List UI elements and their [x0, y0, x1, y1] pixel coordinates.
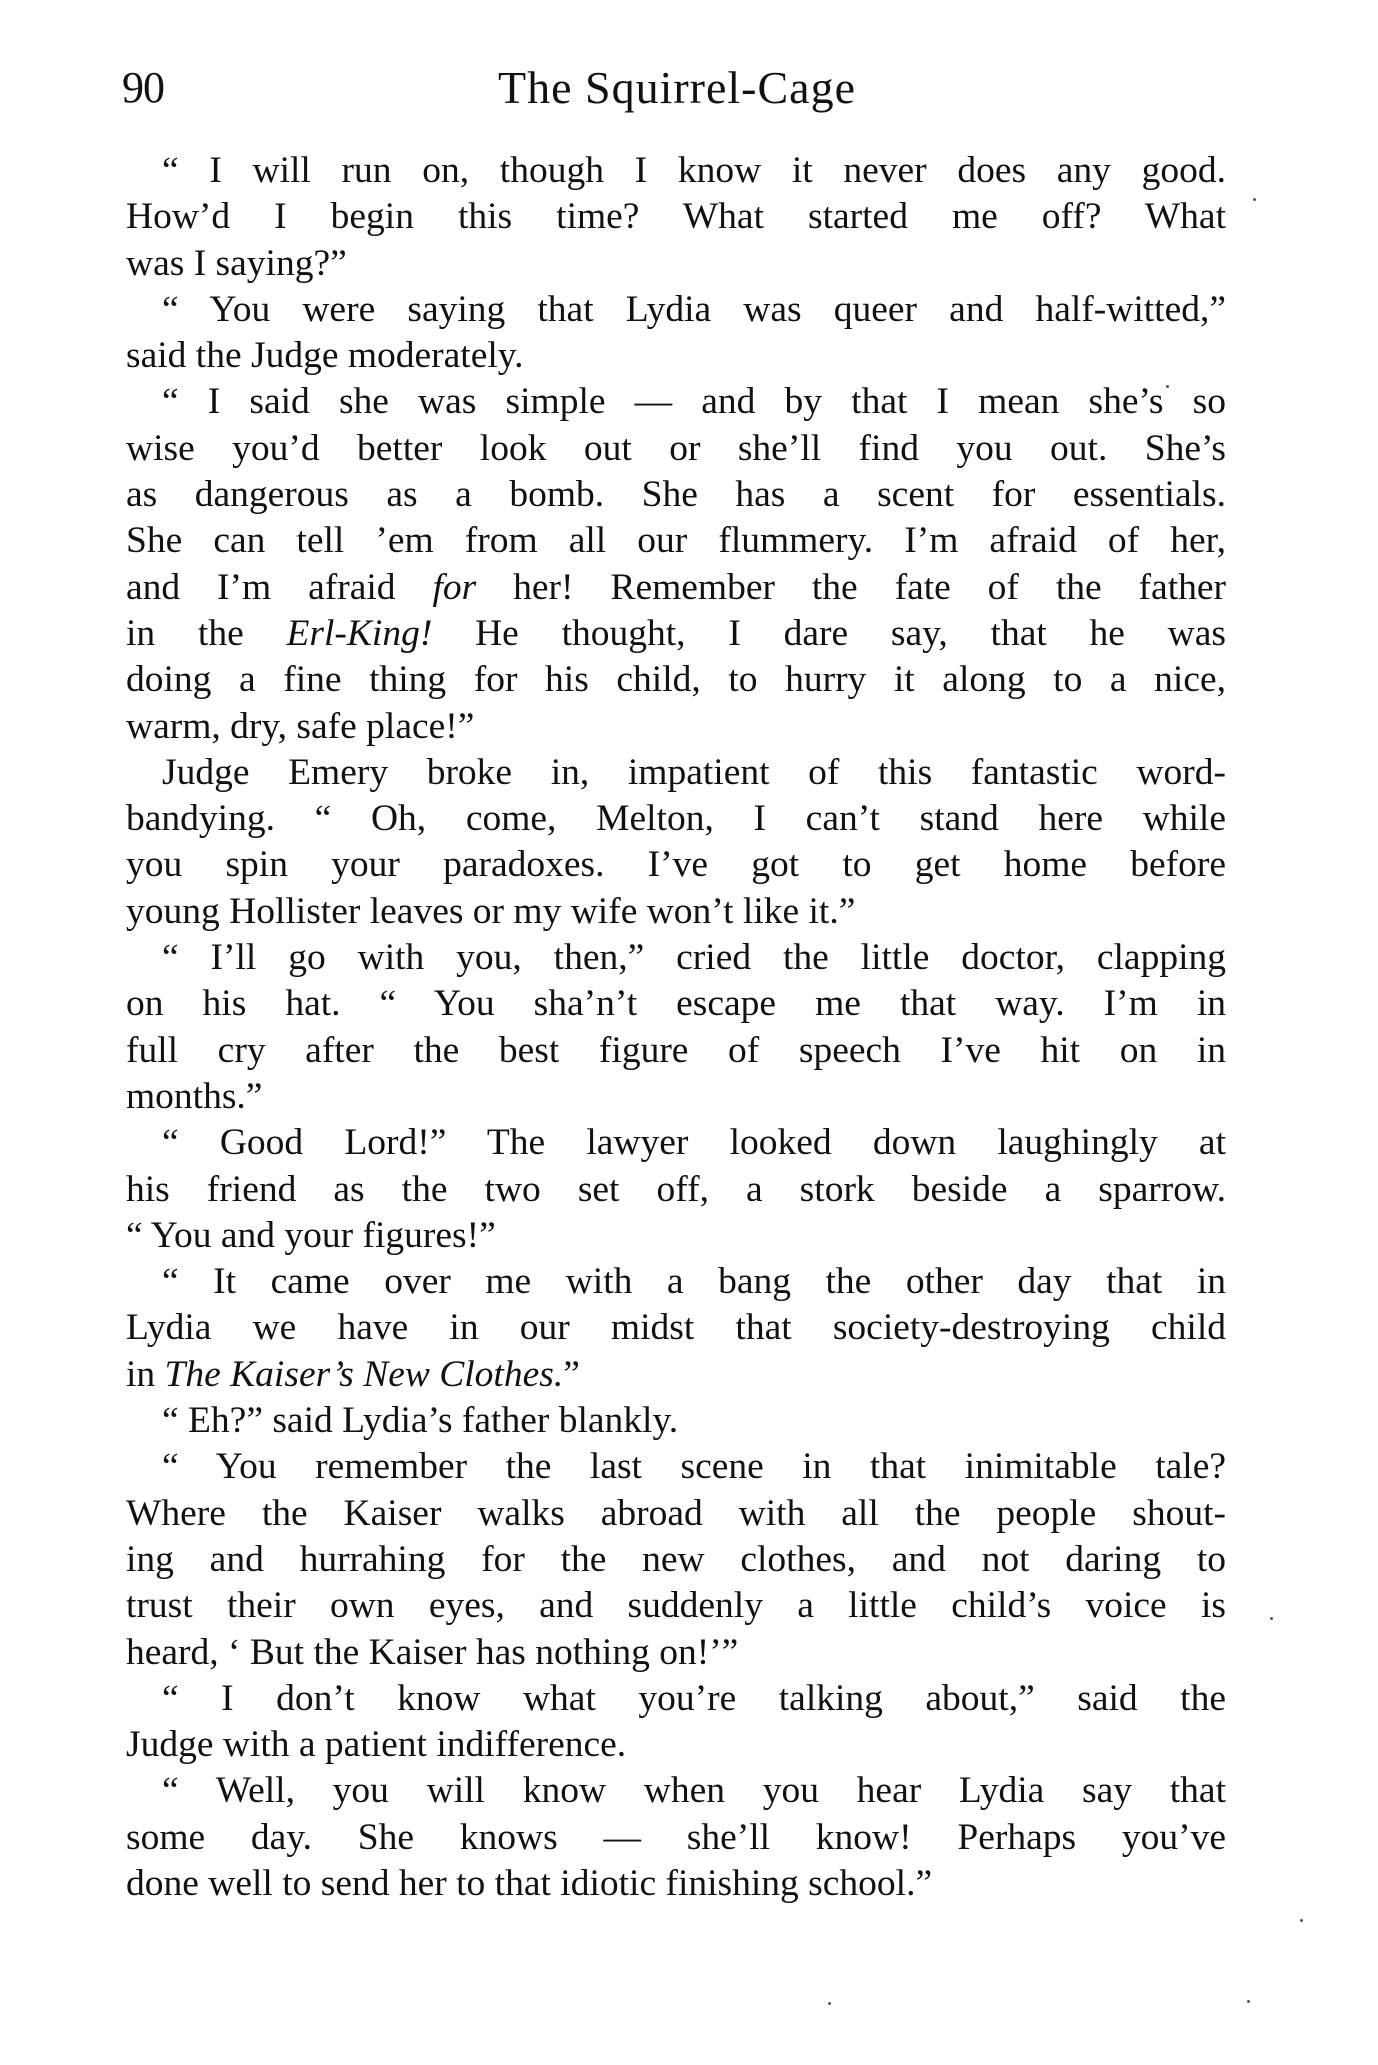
italic-title: for — [432, 567, 476, 608]
text-line: doing a fine thing for his child, to hur… — [126, 657, 1226, 703]
text-line: wise you’d better look out or she’ll fin… — [126, 426, 1226, 472]
text-line: and I’m afraid for her! Remember the fat… — [126, 565, 1226, 611]
text-line: bandying. “ Oh, come, Melton, I can’t st… — [126, 796, 1226, 842]
text-line: as dangerous as a bomb. She has a scent … — [126, 472, 1226, 518]
text-line: She can tell ’em from all our flummery. … — [126, 518, 1226, 564]
paragraph: Judge Emery broke in, impatient of this … — [126, 750, 1226, 935]
paragraph: “ I will run on, though I know it never … — [126, 148, 1226, 287]
text-line: Judge Emery broke in, impatient of this … — [126, 750, 1226, 796]
italic-title: Erl-King! — [287, 613, 433, 654]
scan-speck — [1300, 1919, 1303, 1922]
scan-speck — [1166, 385, 1169, 388]
text-line: was I saying?” — [126, 241, 1226, 287]
text-line: “ Eh?” said Lydia’s father blankly. — [126, 1398, 1226, 1444]
text-line: heard, ‘ But the Kaiser has nothing on!’… — [126, 1630, 1226, 1676]
paragraph: “ It came over me with a bang the other … — [126, 1259, 1226, 1398]
paragraph: “ Good Lord!” The lawyer looked down lau… — [126, 1120, 1226, 1259]
text-line: full cry after the best figure of speech… — [126, 1028, 1226, 1074]
text-line: How’d I begin this time? What started me… — [126, 194, 1226, 240]
paragraph: “ Well, you will know when you hear Lydi… — [126, 1768, 1226, 1907]
text-line: ing and hurrahing for the new clothes, a… — [126, 1537, 1226, 1583]
text-line: on his hat. “ You sha’n’t escape me that… — [126, 981, 1226, 1027]
text-line: “ I’ll go with you, then,” cried the lit… — [126, 935, 1226, 981]
scan-speck — [1247, 2000, 1250, 2003]
text-line: his friend as the two set off, a stork b… — [126, 1167, 1226, 1213]
text-line: young Hollister leaves or my wife won’t … — [126, 889, 1226, 935]
paragraph: “ I don’t know what you’re talking about… — [126, 1676, 1226, 1769]
text-line: “ You and your figures!” — [126, 1213, 1226, 1259]
text-line: “ You were saying that Lydia was queer a… — [126, 287, 1226, 333]
text-line: “ I said she was simple — and by that I … — [126, 379, 1226, 425]
text-line: trust their own eyes, and suddenly a lit… — [126, 1583, 1226, 1629]
text-line: you spin your paradoxes. I’ve got to get… — [126, 842, 1226, 888]
text-line: “ I don’t know what you’re talking about… — [126, 1676, 1226, 1722]
text-line: Where the Kaiser walks abroad with all t… — [126, 1491, 1226, 1537]
text-line: “ It came over me with a bang the other … — [126, 1259, 1226, 1305]
text-line: Lydia we have in our midst that society-… — [126, 1305, 1226, 1351]
text-line: months.” — [126, 1074, 1226, 1120]
text-line: Judge with a patient indifference. — [126, 1722, 1226, 1768]
text-line: done well to send her to that idiotic fi… — [126, 1861, 1226, 1907]
paragraph: “ You remember the last scene in that in… — [126, 1444, 1226, 1675]
text-line: “ Well, you will know when you hear Lydi… — [126, 1768, 1226, 1814]
text-line: warm, dry, safe place!” — [126, 704, 1226, 750]
text-line: “ I will run on, though I know it never … — [126, 148, 1226, 194]
scan-speck — [828, 2002, 831, 2005]
body-text: “ I will run on, though I know it never … — [126, 148, 1226, 1907]
text-line: “ Good Lord!” The lawyer looked down lau… — [126, 1120, 1226, 1166]
scan-speck — [1253, 198, 1256, 201]
paragraph: “ I said she was simple — and by that I … — [126, 379, 1226, 749]
text-line: said the Judge moderately. — [126, 333, 1226, 379]
italic-title: The Kaiser’s New Clothes. — [165, 1354, 564, 1395]
running-title: The Squirrel-Cage — [122, 58, 1232, 118]
text-line: in the Erl-King! He thought, I dare say,… — [126, 611, 1226, 657]
text-line: “ You remember the last scene in that in… — [126, 1444, 1226, 1490]
paragraph: “ I’ll go with you, then,” cried the lit… — [126, 935, 1226, 1120]
scan-speck — [1270, 1617, 1273, 1620]
paragraph: “ You were saying that Lydia was queer a… — [126, 287, 1226, 380]
text-line: some day. She knows — she’ll know! Perha… — [126, 1815, 1226, 1861]
paragraph: “ Eh?” said Lydia’s father blankly. — [126, 1398, 1226, 1444]
page-header: 90 The Squirrel-Cage — [122, 58, 1232, 118]
text-line: in The Kaiser’s New Clothes.” — [126, 1352, 1226, 1398]
